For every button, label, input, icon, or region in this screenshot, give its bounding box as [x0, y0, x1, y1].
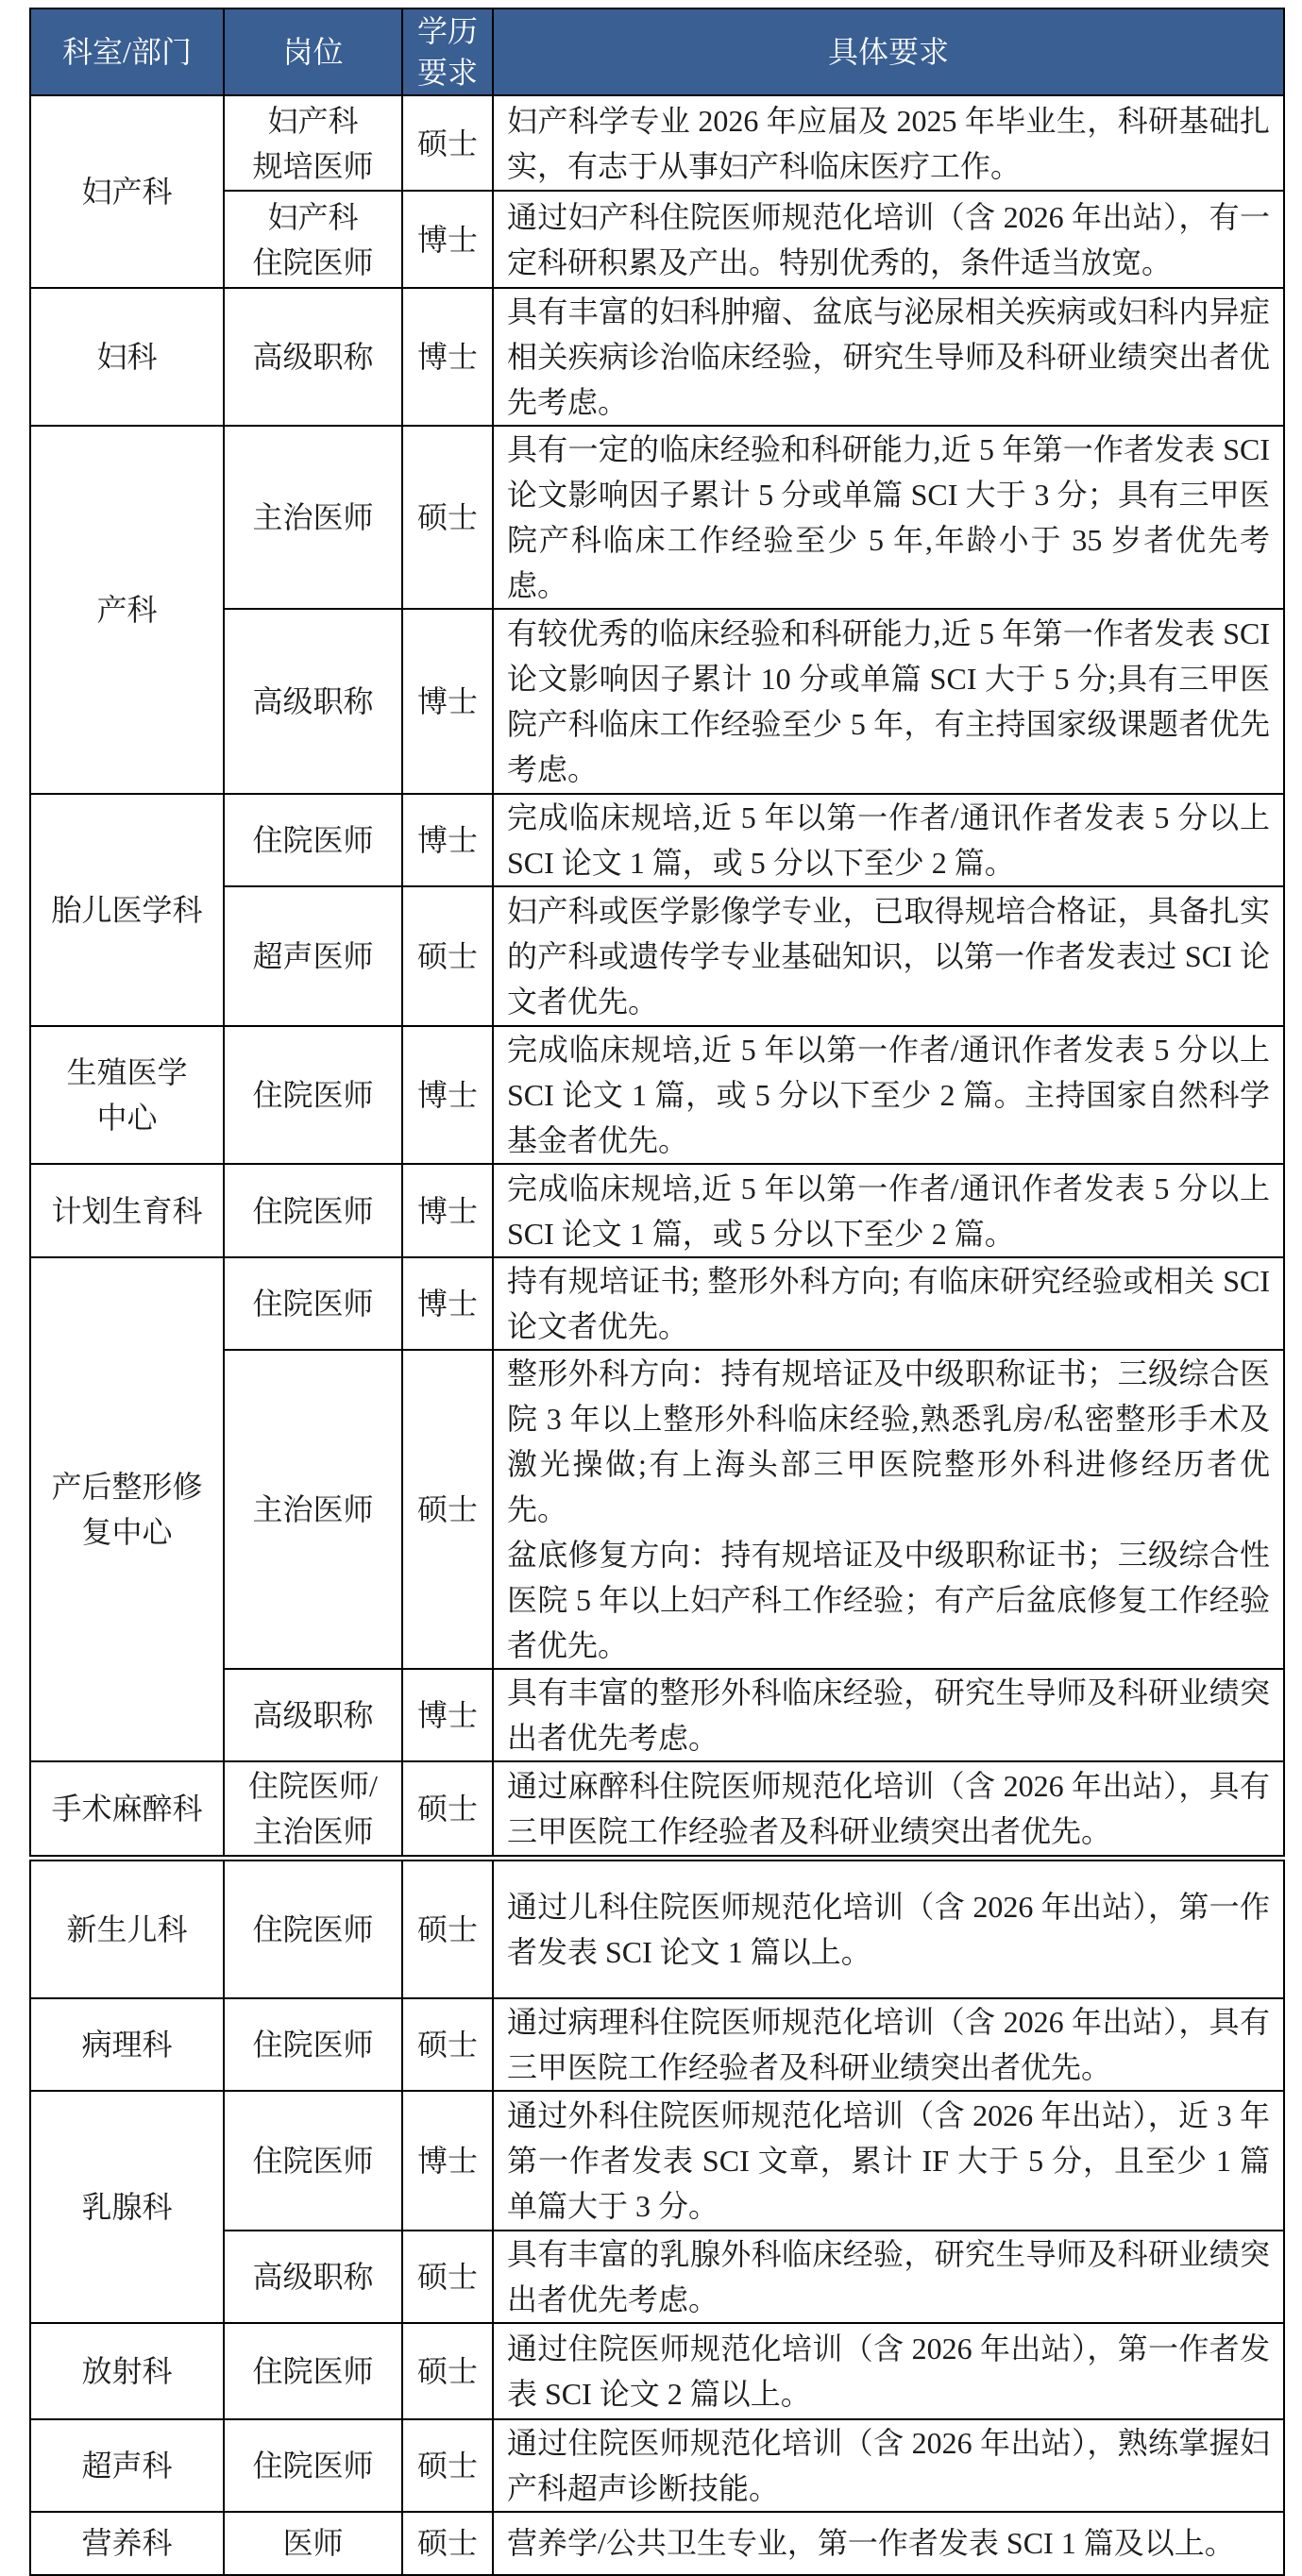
table-row: 新生儿科 住院医师 硕士 通过儿科住院医师规范化培训（含 2026 年出站），第… — [30, 1859, 1284, 1998]
table-row: 妇产科 妇产科 规培医师 硕士 妇产科学专业 2026 年应届及 2025 年毕… — [30, 95, 1284, 191]
position-cell: 高级职称 — [224, 609, 402, 794]
education-cell: 硕士 — [402, 1350, 493, 1669]
page: 科室/部门 岗位 学历 要求 具体要求 妇产科 妇产科 规培医师 硕士 妇产科学… — [0, 0, 1302, 2443]
requirement-text: 持有规培证书; 整形外科方向; 有临床研究经验或相关 SCI 论文者优先。 — [507, 1258, 1270, 1349]
requirement-cell: 具有丰富的妇科肿瘤、盆底与泌尿相关疾病或妇科内异症相关疾病诊治临床经验，研究生导… — [493, 288, 1284, 426]
table-row: 放射科 住院医师 硕士 通过住院医师规范化培训（含 2026 年出站），第一作者… — [30, 2323, 1284, 2419]
requirement-cell: 有较优秀的临床经验和科研能力,近 5 年第一作者发表 SCI 论文影响因子累计 … — [493, 609, 1284, 794]
position-cell: 住院医师 — [224, 2323, 402, 2419]
requirement-text: 盆底修复方向：持有规培证及中级职称证书；三级综合性医院 5 年以上妇产科工作经验… — [507, 1532, 1270, 1668]
requirement-text: 妇产科或医学影像学专业，已取得规培合格证，具备扎实的产科或遗传学专业基础知识，以… — [507, 888, 1270, 1024]
education-cell: 硕士 — [402, 1761, 493, 1859]
requirement-cell: 完成临床规培,近 5 年以第一作者/通讯作者发表 5 分以上 SCI 论文 1 … — [493, 1026, 1284, 1164]
education-cell: 硕士 — [402, 2231, 493, 2323]
table-row: 妇科 高级职称 博士 具有丰富的妇科肿瘤、盆底与泌尿相关疾病或妇科内异症相关疾病… — [30, 288, 1284, 426]
education-cell: 硕士 — [402, 1859, 493, 1998]
requirement-cell: 整形外科方向：持有规培证及中级职称证书；三级综合医院 3 年以上整形外科临床经验… — [493, 1350, 1284, 1669]
education-cell: 硕士 — [402, 1998, 493, 2091]
table-row: 计划生育科 住院医师 博士 完成临床规培,近 5 年以第一作者/通讯作者发表 5… — [30, 1164, 1284, 1257]
table-row: 生殖医学 中心 住院医师 博士 完成临床规培,近 5 年以第一作者/通讯作者发表… — [30, 1026, 1284, 1164]
requirement-text: 有较优秀的临床经验和科研能力,近 5 年第一作者发表 SCI 论文影响因子累计 … — [507, 611, 1270, 792]
header-requirements: 具体要求 — [493, 8, 1284, 95]
requirement-text: 通过住院医师规范化培训（含 2026 年出站），熟练掌握妇产科超声诊断技能。 — [507, 2420, 1270, 2511]
requirement-text: 妇产科学专业 2026 年应届及 2025 年毕业生，科研基础扎实，有志于从事妇… — [507, 98, 1270, 189]
education-cell: 硕士 — [402, 2419, 493, 2512]
position-cell: 住院医师 — [224, 1998, 402, 2091]
position-cell: 住院医师 — [224, 1859, 402, 1998]
requirement-cell: 具有丰富的整形外科临床经验，研究生导师及科研业绩突出者优先考虑。 — [493, 1669, 1284, 1761]
requirement-text: 完成临床规培,近 5 年以第一作者/通讯作者发表 5 分以上 SCI 论文 1 … — [507, 1166, 1270, 1256]
table-row: 产科 主治医师 硕士 具有一定的临床经验和科研能力,近 5 年第一作者发表 SC… — [30, 426, 1284, 609]
requirement-text: 通过妇产科住院医师规范化培训（含 2026 年出站），有一定科研积累及产出。特别… — [507, 194, 1270, 285]
education-cell: 博士 — [402, 1164, 493, 1257]
header-row: 科室/部门 岗位 学历 要求 具体要求 — [30, 8, 1284, 95]
requirement-text: 完成临床规培,近 5 年以第一作者/通讯作者发表 5 分以上 SCI 论文 1 … — [507, 1027, 1270, 1163]
department-cell: 产科 — [30, 426, 224, 794]
position-cell: 住院医师 — [224, 1164, 402, 1257]
table-row: 乳腺科 住院医师 博士 通过外科住院医师规范化培训（含 2026 年出站），近 … — [30, 2091, 1284, 2231]
requirement-text: 具有丰富的乳腺外科临床经验，研究生导师及科研业绩突出者优先考虑。 — [507, 2231, 1270, 2322]
requirement-cell: 通过外科住院医师规范化培训（含 2026 年出站），近 3 年第一作者发表 SC… — [493, 2091, 1284, 2231]
header-education: 学历 要求 — [402, 8, 493, 95]
position-cell: 高级职称 — [224, 2231, 402, 2323]
header-position: 岗位 — [224, 8, 402, 95]
requirement-cell: 妇产科或医学影像学专业，已取得规培合格证，具备扎实的产科或遗传学专业基础知识，以… — [493, 886, 1284, 1026]
education-cell: 硕士 — [402, 95, 493, 191]
position-cell: 高级职称 — [224, 288, 402, 426]
requirement-cell: 具有丰富的乳腺外科临床经验，研究生导师及科研业绩突出者优先考虑。 — [493, 2231, 1284, 2323]
table-row: 超声科 住院医师 硕士 通过住院医师规范化培训（含 2026 年出站），熟练掌握… — [30, 2419, 1284, 2512]
education-cell: 博士 — [402, 191, 493, 288]
requirement-text: 具有丰富的整形外科临床经验，研究生导师及科研业绩突出者优先考虑。 — [507, 1670, 1270, 1760]
position-cell: 医师 — [224, 2512, 402, 2575]
position-cell: 超声医师 — [224, 886, 402, 1026]
department-cell: 妇科 — [30, 288, 224, 426]
education-cell: 硕士 — [402, 886, 493, 1026]
requirement-text: 通过病理科住院医师规范化培训（含 2026 年出站），具有三甲医院工作经验者及科… — [507, 1999, 1270, 2090]
department-cell: 超声科 — [30, 2419, 224, 2512]
requirement-text: 营养学/公共卫生专业，第一作者发表 SCI 1 篇及以上。 — [507, 2520, 1270, 2566]
education-cell: 博士 — [402, 1257, 493, 1350]
requirement-text: 整形外科方向：持有规培证及中级职称证书；三级综合医院 3 年以上整形外科临床经验… — [507, 1351, 1270, 1532]
department-cell: 计划生育科 — [30, 1164, 224, 1257]
table-row: 胎儿医学科 住院医师 博士 完成临床规培,近 5 年以第一作者/通讯作者发表 5… — [30, 794, 1284, 886]
requirement-cell: 营养学/公共卫生专业，第一作者发表 SCI 1 篇及以上。 — [493, 2512, 1284, 2575]
education-cell: 硕士 — [402, 2512, 493, 2575]
position-cell: 住院医师/ 主治医师 — [224, 1761, 402, 1859]
requirement-cell: 妇产科学专业 2026 年应届及 2025 年毕业生，科研基础扎实，有志于从事妇… — [493, 95, 1284, 191]
position-cell: 住院医师 — [224, 1257, 402, 1350]
table-row: 营养科 医师 硕士 营养学/公共卫生专业，第一作者发表 SCI 1 篇及以上。 — [30, 2512, 1284, 2575]
requirement-cell: 通过住院医师规范化培训（含 2026 年出站），第一作者发表 SCI 论文 2 … — [493, 2323, 1284, 2419]
education-cell: 博士 — [402, 609, 493, 794]
requirement-cell: 具有一定的临床经验和科研能力,近 5 年第一作者发表 SCI 论文影响因子累计 … — [493, 426, 1284, 609]
education-cell: 博士 — [402, 288, 493, 426]
department-cell: 放射科 — [30, 2323, 224, 2419]
position-cell: 妇产科 规培医师 — [224, 95, 402, 191]
requirement-cell: 通过病理科住院医师规范化培训（含 2026 年出站），具有三甲医院工作经验者及科… — [493, 1998, 1284, 2091]
requirement-text: 通过儿科住院医师规范化培训（含 2026 年出站），第一作者发表 SCI 论文 … — [507, 1884, 1270, 1975]
requirement-text: 通过住院医师规范化培训（含 2026 年出站），第一作者发表 SCI 论文 2 … — [507, 2326, 1270, 2416]
education-cell: 博士 — [402, 794, 493, 886]
department-cell: 胎儿医学科 — [30, 794, 224, 1026]
education-cell: 硕士 — [402, 426, 493, 609]
requirement-text: 通过外科住院医师规范化培训（含 2026 年出站），近 3 年第一作者发表 SC… — [507, 2093, 1270, 2229]
position-cell: 住院医师 — [224, 2091, 402, 2231]
department-cell: 手术麻醉科 — [30, 1761, 224, 1859]
department-cell: 乳腺科 — [30, 2091, 224, 2323]
requirement-cell: 通过住院医师规范化培训（含 2026 年出站），熟练掌握妇产科超声诊断技能。 — [493, 2419, 1284, 2512]
requirement-cell: 持有规培证书; 整形外科方向; 有临床研究经验或相关 SCI 论文者优先。 — [493, 1257, 1284, 1350]
education-cell: 博士 — [402, 1669, 493, 1761]
position-cell: 住院医师 — [224, 1026, 402, 1164]
table-row: 病理科 住院医师 硕士 通过病理科住院医师规范化培训（含 2026 年出站），具… — [30, 1998, 1284, 2091]
requirement-text: 具有一定的临床经验和科研能力,近 5 年第一作者发表 SCI 论文影响因子累计 … — [507, 427, 1270, 608]
department-cell: 产后整形修 复中心 — [30, 1257, 224, 1761]
header-department: 科室/部门 — [30, 8, 224, 95]
department-cell: 妇产科 — [30, 95, 224, 288]
position-cell: 妇产科 住院医师 — [224, 191, 402, 288]
requirement-cell: 通过儿科住院医师规范化培训（含 2026 年出站），第一作者发表 SCI 论文 … — [493, 1859, 1284, 1998]
position-cell: 住院医师 — [224, 794, 402, 886]
table-row: 手术麻醉科 住院医师/ 主治医师 硕士 通过麻醉科住院医师规范化培训（含 202… — [30, 1761, 1284, 1859]
department-cell: 病理科 — [30, 1998, 224, 2091]
recruitment-table: 科室/部门 岗位 学历 要求 具体要求 妇产科 妇产科 规培医师 硕士 妇产科学… — [29, 8, 1285, 2576]
position-cell: 主治医师 — [224, 1350, 402, 1669]
requirement-text: 具有丰富的妇科肿瘤、盆底与泌尿相关疾病或妇科内异症相关疾病诊治临床经验，研究生导… — [507, 289, 1270, 425]
requirement-cell: 完成临床规培,近 5 年以第一作者/通讯作者发表 5 分以上 SCI 论文 1 … — [493, 1164, 1284, 1257]
department-cell: 新生儿科 — [30, 1859, 224, 1998]
education-cell: 硕士 — [402, 2323, 493, 2419]
education-cell: 博士 — [402, 1026, 493, 1164]
requirement-cell: 完成临床规培,近 5 年以第一作者/通讯作者发表 5 分以上 SCI 论文 1 … — [493, 794, 1284, 886]
department-cell: 生殖医学 中心 — [30, 1026, 224, 1164]
requirement-cell: 通过麻醉科住院医师规范化培训（含 2026 年出站），具有三甲医院工作经验者及科… — [493, 1761, 1284, 1859]
position-cell: 主治医师 — [224, 426, 402, 609]
position-cell: 住院医师 — [224, 2419, 402, 2512]
table-row: 产后整形修 复中心 住院医师 博士 持有规培证书; 整形外科方向; 有临床研究经… — [30, 1257, 1284, 1350]
position-cell: 高级职称 — [224, 1669, 402, 1761]
department-cell: 营养科 — [30, 2512, 224, 2575]
requirement-cell: 通过妇产科住院医师规范化培训（含 2026 年出站），有一定科研积累及产出。特别… — [493, 191, 1284, 288]
requirement-text: 通过麻醉科住院医师规范化培训（含 2026 年出站），具有三甲医院工作经验者及科… — [507, 1763, 1270, 1854]
requirement-text: 完成临床规培,近 5 年以第一作者/通讯作者发表 5 分以上 SCI 论文 1 … — [507, 795, 1270, 885]
education-cell: 博士 — [402, 2091, 493, 2231]
